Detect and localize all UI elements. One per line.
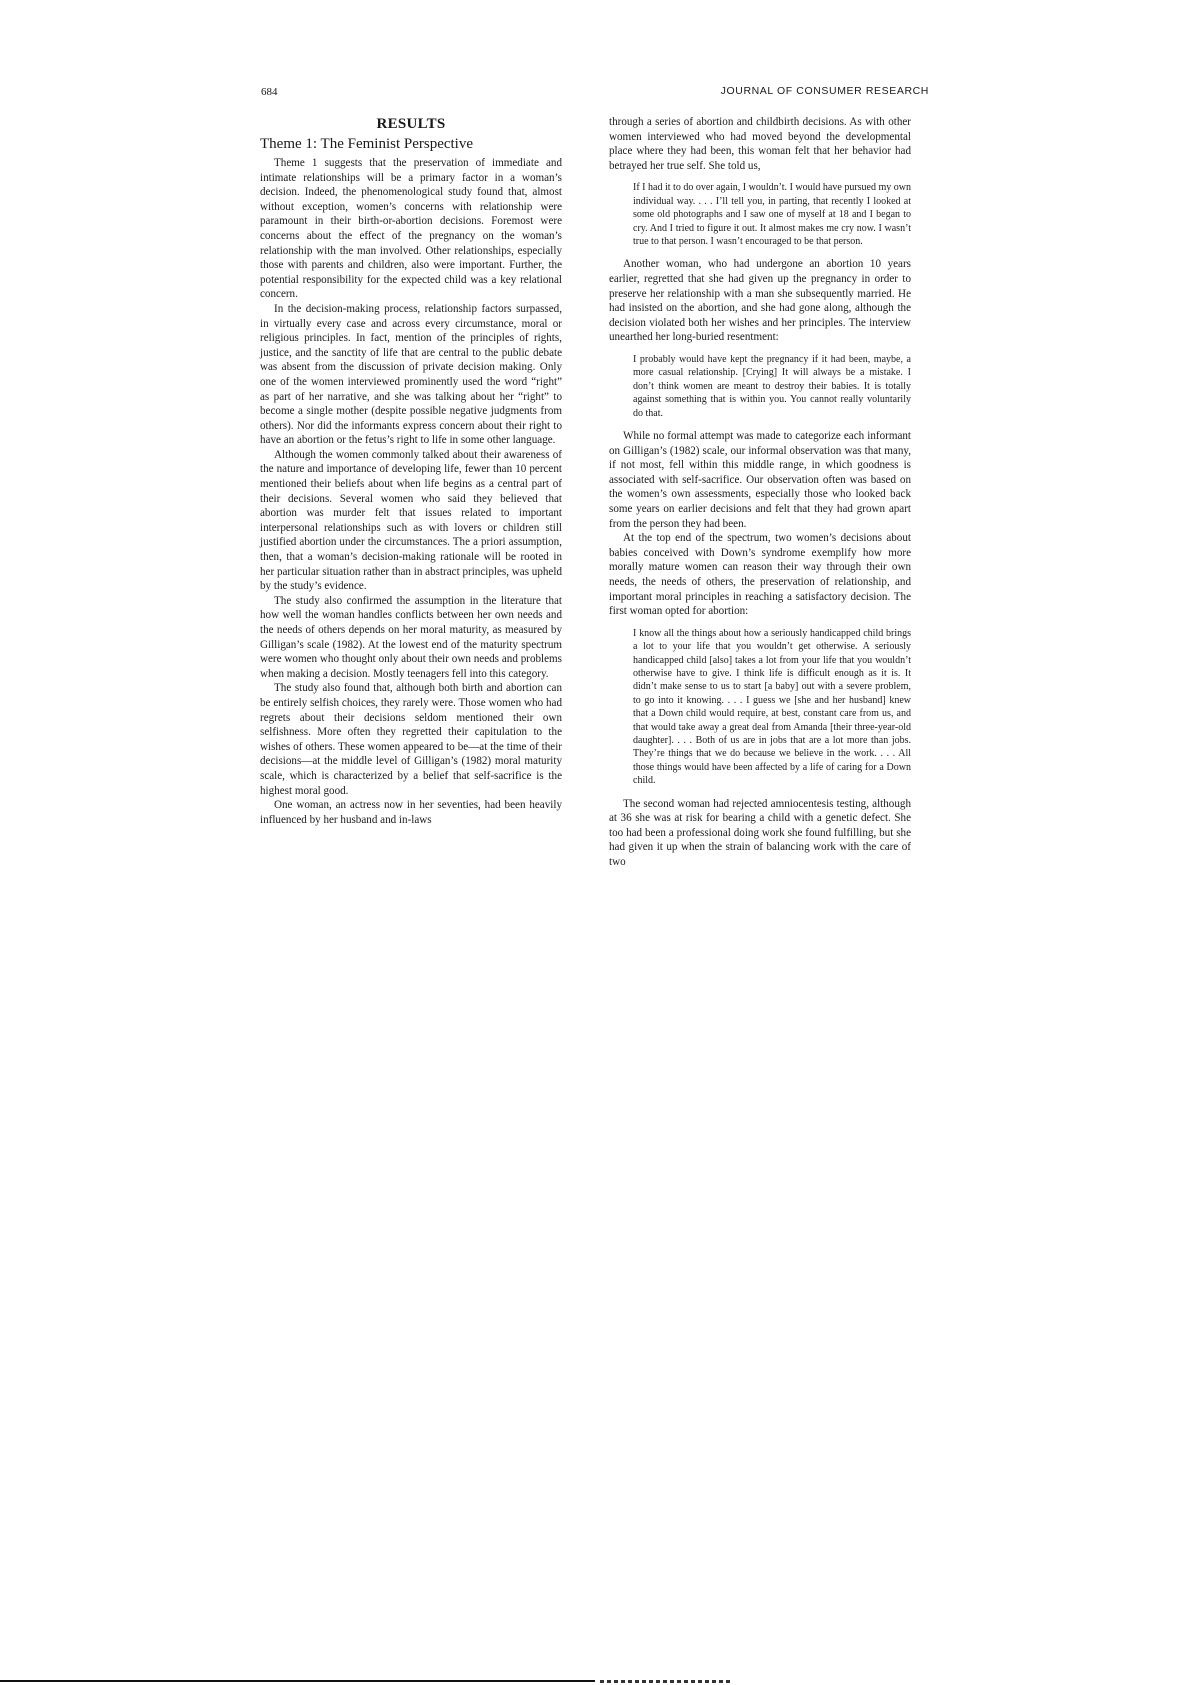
body-paragraph: through a series of abortion and childbi… [609, 115, 911, 173]
block-quote: If I had it to do over again, I wouldn’t… [633, 181, 911, 248]
block-quote: I know all the things about how a seriou… [633, 627, 911, 788]
body-paragraph: The study also confirmed the assumption … [260, 594, 562, 682]
subsection-title: Theme 1: The Feminist Perspective [260, 135, 562, 153]
body-paragraph: While no formal attempt was made to cate… [609, 429, 911, 531]
left-column: RESULTS Theme 1: The Feminist Perspectiv… [260, 115, 562, 827]
scan-edge-rule [0, 1680, 595, 1682]
right-column: through a series of abortion and childbi… [609, 115, 911, 870]
body-paragraph: Another woman, who had undergone an abor… [609, 257, 911, 345]
running-head: JOURNAL OF CONSUMER RESEARCH [721, 85, 929, 97]
body-paragraph: Theme 1 suggests that the preservation o… [260, 156, 562, 302]
scan-edge-marks [600, 1680, 730, 1683]
body-paragraph: In the decision-making process, relation… [260, 302, 562, 448]
block-quote: I probably would have kept the pregnancy… [633, 353, 911, 420]
page-number: 684 [261, 86, 278, 98]
body-paragraph: At the top end of the spectrum, two wome… [609, 531, 911, 619]
body-paragraph: Although the women commonly talked about… [260, 448, 562, 594]
section-title: RESULTS [260, 115, 562, 133]
body-paragraph: The study also found that, although both… [260, 681, 562, 798]
body-paragraph: The second woman had rejected amniocente… [609, 797, 911, 870]
body-paragraph: One woman, an actress now in her seventi… [260, 798, 562, 827]
